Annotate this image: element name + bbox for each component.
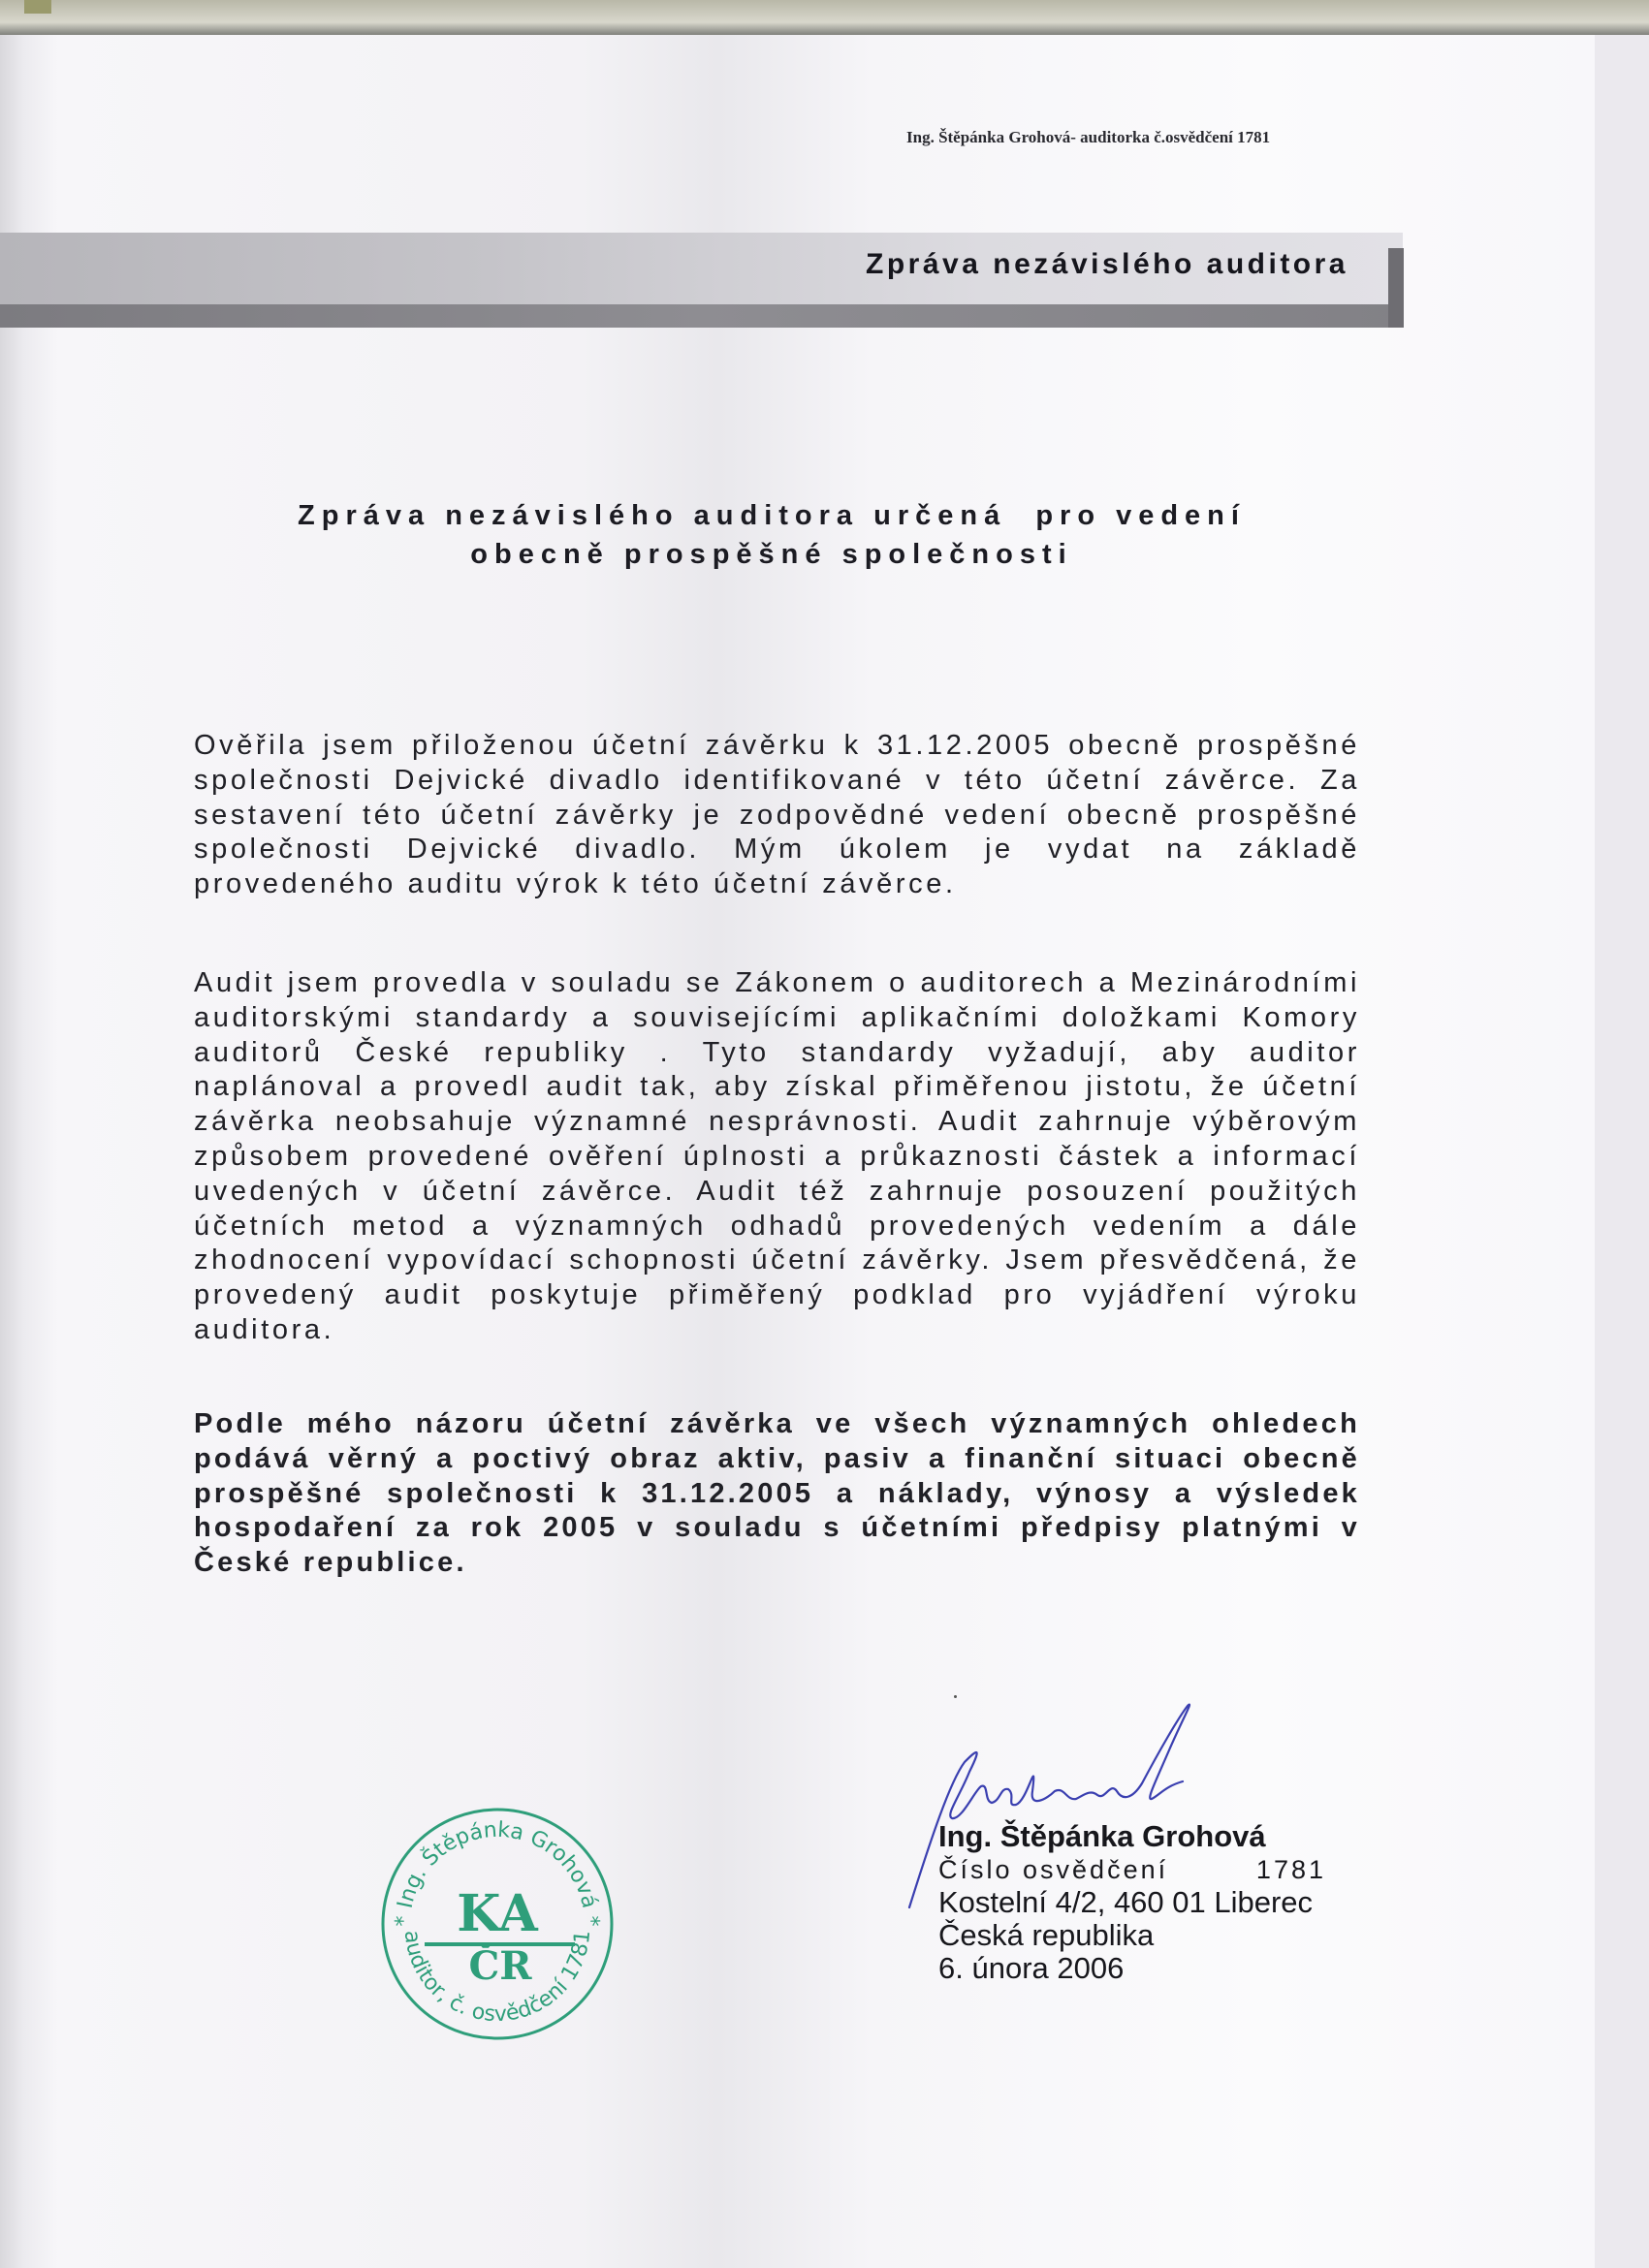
scan-margin	[1595, 35, 1649, 2268]
document-title-line1: Zpráva nezávislého auditora určená pro v…	[190, 496, 1353, 535]
auditor-header-line: Ing. Štěpánka Grohová- auditorka č.osvěd…	[906, 128, 1391, 147]
auditor-name: Ing. Štěpánka Grohová	[938, 1820, 1355, 1853]
certificate-label: Číslo osvědčení	[938, 1853, 1168, 1886]
paragraph-scope: Ověřila jsem přiloženou účetní závěrku k…	[194, 729, 1360, 902]
certificate-number: 1781	[1256, 1853, 1326, 1886]
scan-artifact	[24, 0, 51, 14]
svg-text:ČR: ČR	[468, 1943, 532, 1989]
banner-shadow	[0, 304, 1404, 328]
auditor-country: Česká republika	[938, 1919, 1355, 1952]
paragraph-opinion: Podle mého názoru účetní závěrka ve všec…	[194, 1407, 1360, 1581]
auditor-stamp: * Ing. Štěpánka Grohová * auditor, č. os…	[376, 1803, 618, 2045]
svg-text:KA: KA	[457, 1884, 538, 1943]
banner-shadow-right	[1388, 248, 1404, 328]
document-title-line2: obecně prospěšné společnosti	[190, 535, 1353, 574]
certificate-row: Číslo osvědčení 1781	[938, 1853, 1326, 1886]
paragraph-procedures: Audit jsem provedla v souladu se Zákonem…	[194, 966, 1360, 1348]
auditor-address: Kostelní 4/2, 460 01 Liberec	[938, 1886, 1355, 1919]
banner-title: Zpráva nezávislého auditora	[866, 248, 1348, 281]
signature-block: Ing. Štěpánka Grohová Číslo osvědčení 17…	[938, 1820, 1355, 1985]
stamp-icon: * Ing. Štěpánka Grohová * auditor, č. os…	[376, 1803, 618, 2045]
document-title: Zpráva nezávislého auditora určená pro v…	[190, 496, 1353, 574]
report-date: 6. února 2006	[938, 1952, 1355, 1985]
